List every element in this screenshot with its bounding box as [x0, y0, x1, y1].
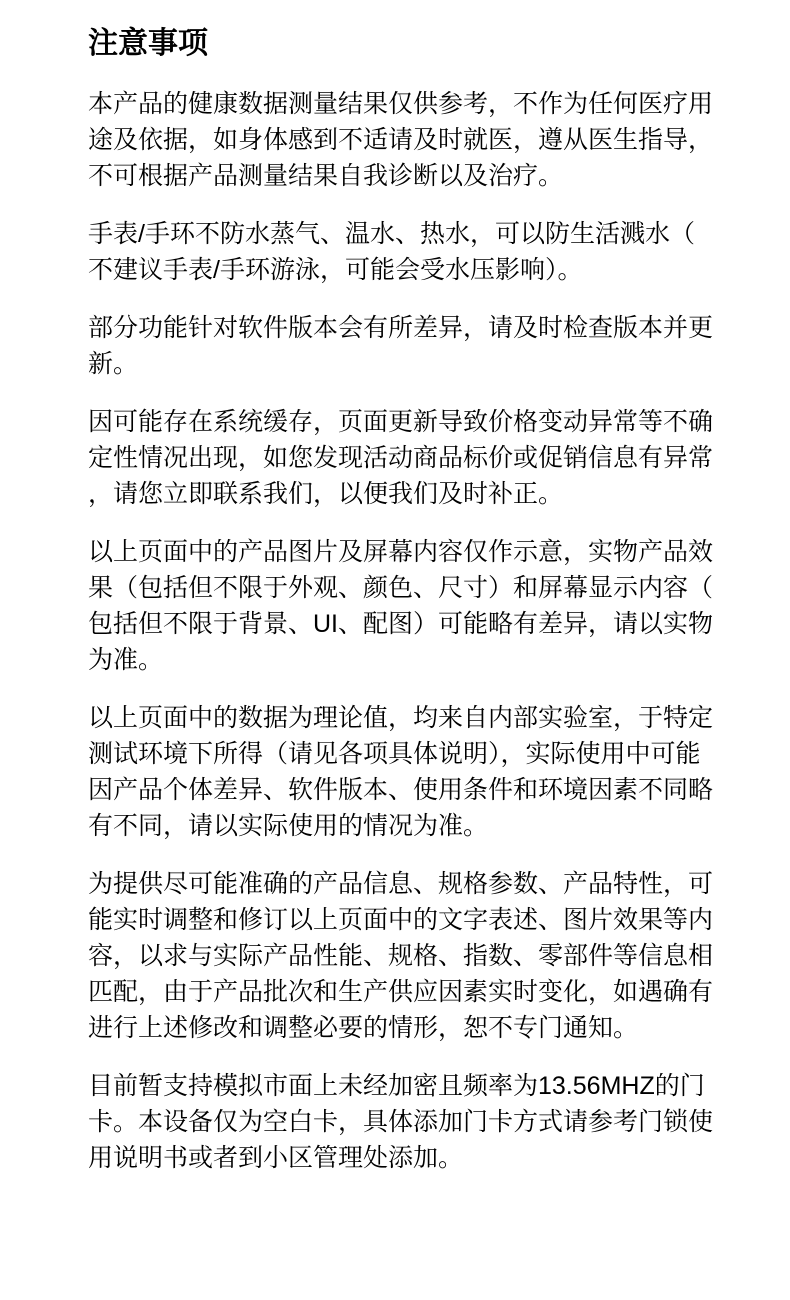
notice-paragraph-door-card: 目前暂支持模拟市面上未经加密且频率为13.56MHZ的门卡。本设备仅为空白卡，具…: [88, 1068, 718, 1176]
notice-paragraph-lab-data: 以上页面中的数据为理论值，均来自内部实验室，于特定测试环境下所得（请见各项具体说…: [88, 700, 718, 844]
notice-paragraph-price-cache: 因可能存在系统缓存，页面更新导致价格变动异常等不确定性情况出现，如您发现活动商品…: [88, 404, 718, 512]
notice-paragraph-water-resistance: 手表/手环不防水蒸气、温水、热水，可以防生活溅水（不建议手表/手环游泳，可能会受…: [88, 216, 718, 288]
notice-paragraph-software-version: 部分功能针对软件版本会有所差异，请及时检查版本并更新。: [88, 310, 718, 382]
notice-paragraph-health-data: 本产品的健康数据测量结果仅供参考，不作为任何医疗用途及依据，如身体感到不适请及时…: [88, 86, 718, 194]
notice-paragraph-spec-revision: 为提供尽可能准确的产品信息、规格参数、产品特性，可能实时调整和修订以上页面中的文…: [88, 866, 718, 1046]
notice-section: 注意事项 本产品的健康数据测量结果仅供参考，不作为任何医疗用途及依据，如身体感到…: [0, 0, 790, 1176]
notice-paragraph-product-images: 以上页面中的产品图片及屏幕内容仅作示意，实物产品效果（包括但不限于外观、颜色、尺…: [88, 534, 718, 678]
section-title: 注意事项: [88, 24, 718, 64]
